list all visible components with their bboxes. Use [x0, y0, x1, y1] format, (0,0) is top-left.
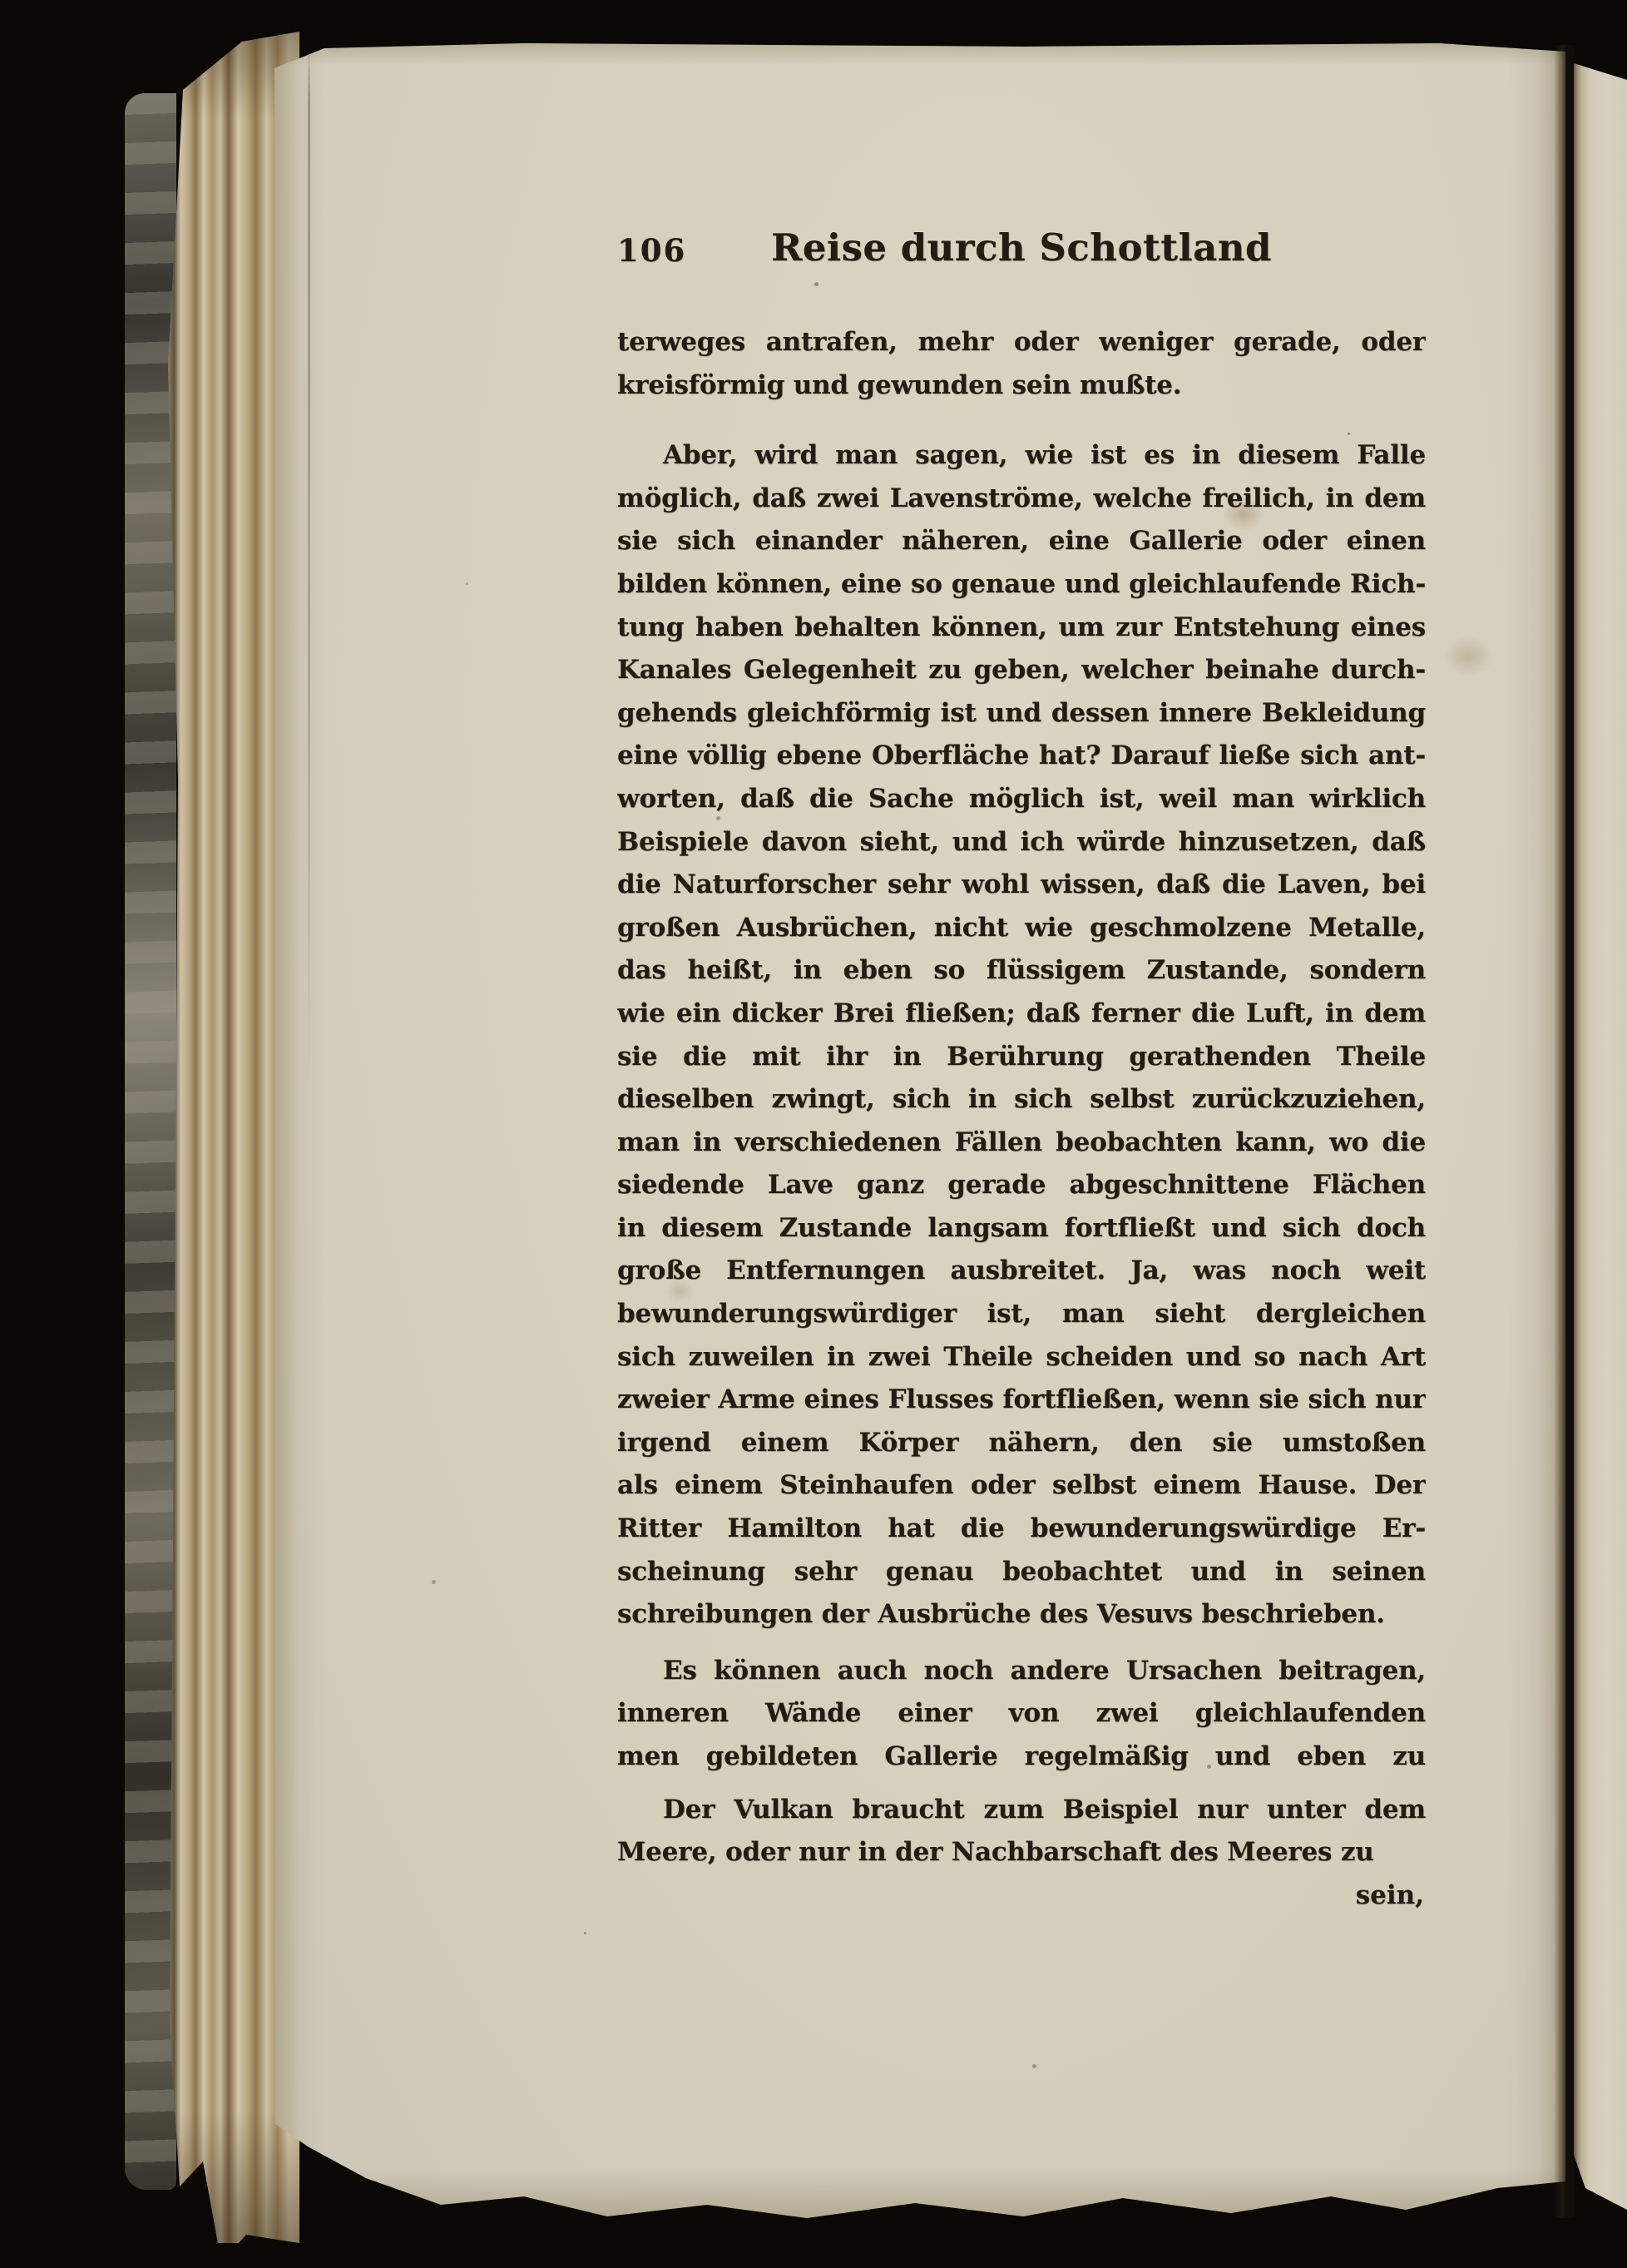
- text-line: eine völlig ebene Oberfläche hat? Darauf…: [617, 735, 1426, 778]
- paper-stain: [1443, 636, 1493, 676]
- paragraph: Aber, wird man sagen, wie ist es in dies…: [617, 434, 1426, 1637]
- text-line: zweier Arme eines Flusses fortfließen, w…: [617, 1379, 1426, 1422]
- body-text: terweges antrafen, mehr oder weniger ger…: [617, 321, 1426, 1874]
- running-header-title: Reise durch Schottland: [771, 229, 1272, 266]
- text-line: inneren Wände einer von zwei gleichlaufe…: [617, 1692, 1426, 1736]
- text-line: sie die mit ihr in Berührung gerathenden…: [617, 1036, 1426, 1079]
- text-line: sie sich einander näheren, eine Gallerie…: [617, 520, 1426, 563]
- printed-page-content: 106 Reise durch Schottland terweges antr…: [617, 213, 1426, 1917]
- text-line: Es können auch noch andere Ursachen beit…: [617, 1650, 1426, 1693]
- text-line: worten, daß die Sache möglich ist, weil …: [617, 778, 1426, 821]
- text-line: irgend einem Körper nähern, den sie umst…: [617, 1422, 1426, 1465]
- paragraph: terweges antrafen, mehr oder weniger ger…: [617, 321, 1426, 407]
- facing-page-sliver: [1574, 58, 1627, 2210]
- marbled-cover-edge: [125, 93, 176, 2190]
- text-line: möglich, daß zwei Lavenströme, welche fr…: [617, 478, 1426, 521]
- text-line: das heißt, in eben so flüssigem Zustande…: [617, 949, 1426, 993]
- text-line: bilden können, eine so genaue und gleich…: [617, 563, 1426, 607]
- text-line: bewunderungswürdiger ist, man sieht derg…: [617, 1293, 1426, 1336]
- book-scan-photo: 106 Reise durch Schottland terweges antr…: [0, 0, 1627, 2268]
- text-line: großen Ausbrüchen, nicht wie geschmolzen…: [617, 907, 1426, 950]
- text-line: Kanales Gelegenheit zu geben, welcher be…: [617, 649, 1426, 692]
- text-line: gehends gleichförmig ist und dessen inne…: [617, 692, 1426, 735]
- catchword: sein,: [617, 1874, 1426, 1918]
- text-line: wie ein dicker Brei fließen; daß ferner …: [617, 993, 1426, 1036]
- text-line: als einem Steinhaufen oder selbst einem …: [617, 1464, 1426, 1508]
- paper-specks: [0, 0, 2, 2]
- paragraph: Der Vulkan braucht zum Beispiel nur unte…: [617, 1789, 1426, 1874]
- text-line: scheinung sehr genau beobachtet und in s…: [617, 1551, 1426, 1594]
- text-line: dieselben zwingt, sich in sich selbst zu…: [617, 1078, 1426, 1122]
- text-line: men gebildeten Gallerie regelmäßig und e…: [617, 1736, 1426, 1779]
- text-line: Aber, wird man sagen, wie ist es in dies…: [617, 434, 1426, 478]
- text-line: terweges antrafen, mehr oder weniger ger…: [617, 321, 1426, 364]
- text-line: schreibungen der Ausbrüche des Vesuvs be…: [617, 1593, 1426, 1637]
- text-line: in diesem Zustande langsam fortfließt un…: [617, 1207, 1426, 1250]
- text-line: Meere, oder nur in der Nachbarschaft des…: [617, 1831, 1426, 1874]
- page-number: 106: [617, 235, 686, 266]
- text-line: die Naturforscher sehr wohl wissen, daß …: [617, 864, 1426, 907]
- text-line: große Entfernungen ausbreitet. Ja, was n…: [617, 1250, 1426, 1293]
- text-line: sich zuweilen in zwei Theile scheiden un…: [617, 1336, 1426, 1379]
- text-line: kreisförmig und gewunden sein mußte.: [617, 364, 1426, 408]
- text-line: Der Vulkan braucht zum Beispiel nur unte…: [617, 1789, 1426, 1832]
- text-line: Ritter Hamilton hat die bewunderungswürd…: [617, 1508, 1426, 1551]
- paper-crease: [308, 43, 310, 1083]
- text-line: Beispiele davon sieht, und ich würde hin…: [617, 821, 1426, 864]
- gutter-shadow: [1554, 45, 1577, 2218]
- text-line: siedende Lave ganz gerade abgeschnittene…: [617, 1164, 1426, 1207]
- text-line: man in verschiedenen Fällen beobachten k…: [617, 1122, 1426, 1165]
- paragraph: Es können auch noch andere Ursachen beit…: [617, 1650, 1426, 1779]
- running-header-row: 106 Reise durch Schottland: [617, 213, 1426, 266]
- text-line: tung haben behalten können, um zur Entst…: [617, 607, 1426, 650]
